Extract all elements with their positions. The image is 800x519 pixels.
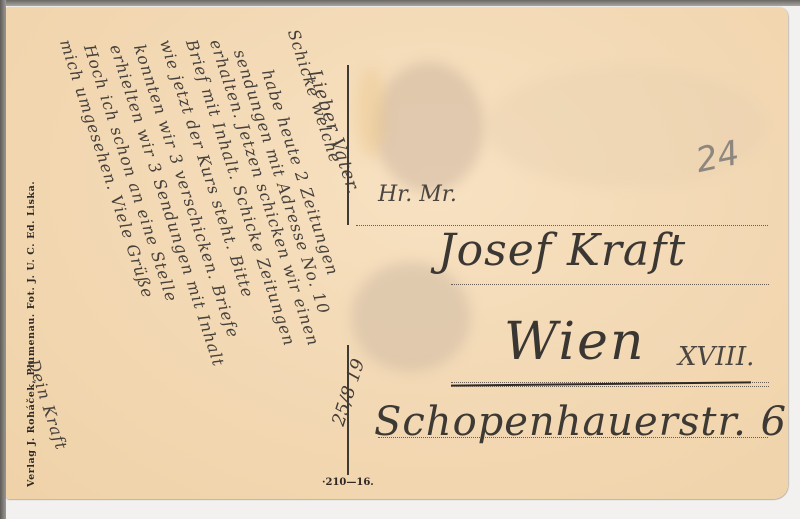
- scanner-edge-top: [0, 0, 800, 6]
- publisher-imprint: Verlag J. Roháček, Plumenau. Fot. J. U. …: [26, 181, 37, 487]
- recipient-street: Schopenhauerstr. 67.: [374, 399, 788, 445]
- recipient-city: Wien: [504, 312, 645, 372]
- scanned-postcard: Verlag J. Roháček, Plumenau. Fot. J. U. …: [0, 0, 800, 519]
- recipient-district: XVIII.: [678, 342, 754, 372]
- center-divider: [347, 65, 349, 225]
- paper-stain: [374, 62, 484, 192]
- center-divider: [347, 345, 349, 475]
- paper-stain: [351, 262, 471, 372]
- message-date: 25/8 19: [328, 356, 369, 428]
- pencil-annotation: 24: [692, 133, 743, 181]
- recipient-honorific: Hr. Mr.: [378, 182, 457, 207]
- address-line: [451, 284, 769, 285]
- paper-stain: [356, 67, 386, 157]
- address-line: [451, 386, 769, 387]
- card-number: ·210—16.: [322, 477, 374, 488]
- postcard-back: Verlag J. Roháček, Plumenau. Fot. J. U. …: [6, 7, 788, 499]
- recipient-name: Josef Kraft: [438, 225, 686, 276]
